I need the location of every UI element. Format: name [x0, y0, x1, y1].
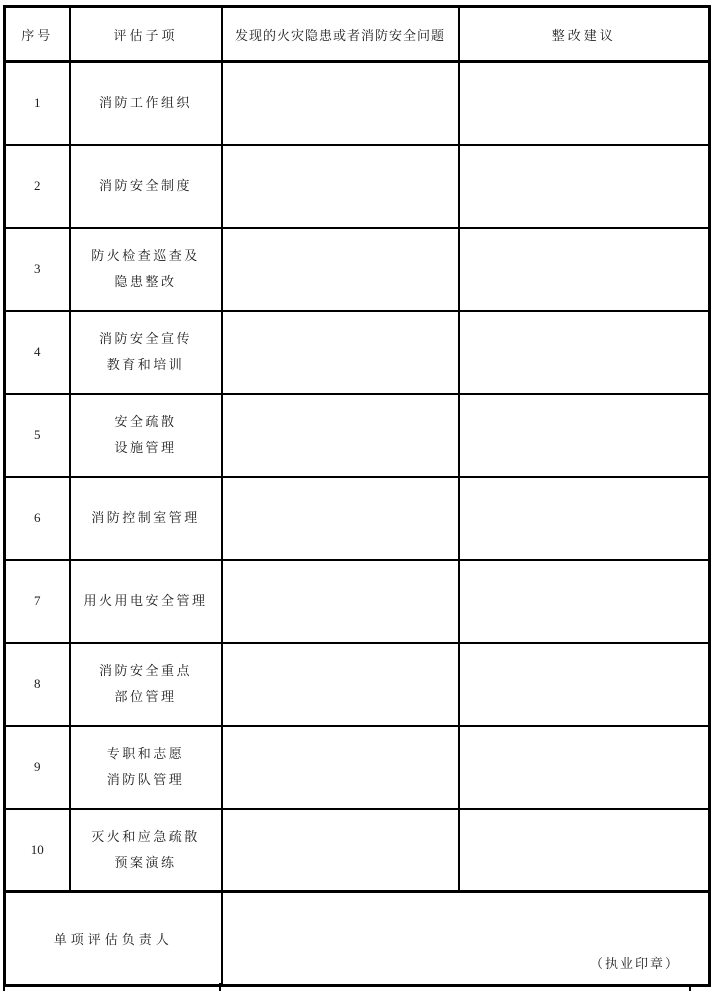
- suggestion-cell-empty: [459, 477, 710, 560]
- table-row: 1 消防工作组织: [5, 62, 710, 145]
- serial-number-cell: 6: [5, 477, 70, 560]
- sub-item-line: 预案演练: [71, 850, 221, 876]
- table-row: 4 消防安全宣传 教育和培训: [5, 311, 710, 394]
- table-row: 10 灭火和应急疏散 预案演练: [5, 809, 710, 892]
- stamp-cell-area: （执业印章）: [223, 893, 709, 984]
- header-evaluation-sub-item: 评估子项: [70, 7, 222, 62]
- suggestion-cell-empty: [459, 643, 710, 726]
- sub-item-cell: 用火用电安全管理: [70, 560, 222, 643]
- sub-item-line: 灭火和应急疏散: [71, 824, 221, 850]
- serial-number-cell: 10: [5, 809, 70, 892]
- sub-item-cell: 消防安全宣传 教育和培训: [70, 311, 222, 394]
- table-row: 5 安全疏散 设施管理: [5, 394, 710, 477]
- table-row: 7 用火用电安全管理: [5, 560, 710, 643]
- suggestion-cell-empty: [459, 560, 710, 643]
- sub-item-line: 用火用电安全管理: [71, 588, 221, 614]
- next-section-border-stub: [689, 984, 691, 991]
- serial-number-cell: 5: [5, 394, 70, 477]
- hazard-cell-empty: [222, 643, 459, 726]
- sub-item-cell: 消防安全制度: [70, 145, 222, 228]
- hazard-cell-empty: [222, 62, 459, 145]
- sub-item-cell: 防火检查巡查及 隐患整改: [70, 228, 222, 311]
- serial-number-cell: 7: [5, 560, 70, 643]
- sub-item-line: 防火检查巡查及: [71, 243, 221, 269]
- table-row: 8 消防安全重点 部位管理: [5, 643, 710, 726]
- next-section-border-stub: [219, 983, 221, 991]
- hazard-cell-empty: [222, 394, 459, 477]
- serial-number-cell: 8: [5, 643, 70, 726]
- hazard-cell-empty: [222, 560, 459, 643]
- sub-item-cell: 安全疏散 设施管理: [70, 394, 222, 477]
- document-page: 序号 评估子项 发现的火灾隐患或者消防安全问题 整改建议 1 消防工作组织 2 …: [0, 0, 712, 991]
- serial-number-cell: 4: [5, 311, 70, 394]
- sub-item-line: 消防控制室管理: [71, 505, 221, 531]
- suggestion-cell-empty: [459, 809, 710, 892]
- stamp-cell: （执业印章）: [222, 892, 710, 986]
- hazard-cell-empty: [222, 726, 459, 809]
- fire-safety-evaluation-table: 序号 评估子项 发现的火灾隐患或者消防安全问题 整改建议 1 消防工作组织 2 …: [3, 5, 711, 987]
- hazard-cell-empty: [222, 809, 459, 892]
- sub-item-line: 消防队管理: [71, 767, 221, 793]
- table-row: 9 专职和志愿 消防队管理: [5, 726, 710, 809]
- serial-number-cell: 9: [5, 726, 70, 809]
- sub-item-line: 教育和培训: [71, 352, 221, 378]
- serial-number-cell: 2: [5, 145, 70, 228]
- hazard-cell-empty: [222, 477, 459, 560]
- suggestion-cell-empty: [459, 145, 710, 228]
- sub-item-cell: 消防安全重点 部位管理: [70, 643, 222, 726]
- sub-item-line: 消防安全宣传: [71, 326, 221, 352]
- suggestion-cell-empty: [459, 311, 710, 394]
- hazard-cell-empty: [222, 228, 459, 311]
- sub-item-cell: 消防控制室管理: [70, 477, 222, 560]
- suggestion-cell-empty: [459, 394, 710, 477]
- serial-number-cell: 3: [5, 228, 70, 311]
- header-found-hazards-problems: 发现的火灾隐患或者消防安全问题: [222, 7, 459, 62]
- sub-item-cell: 消防工作组织: [70, 62, 222, 145]
- sub-item-line: 消防安全制度: [71, 173, 221, 199]
- sub-item-cell: 专职和志愿 消防队管理: [70, 726, 222, 809]
- header-rectification-suggestions: 整改建议: [459, 7, 710, 62]
- suggestion-cell-empty: [459, 62, 710, 145]
- sub-item-line: 设施管理: [71, 435, 221, 461]
- suggestion-cell-empty: [459, 228, 710, 311]
- single-item-evaluation-responsible-label: 单项评估负责人: [5, 892, 222, 986]
- suggestion-cell-empty: [459, 726, 710, 809]
- hazard-cell-empty: [222, 311, 459, 394]
- table-header-row: 序号 评估子项 发现的火灾隐患或者消防安全问题 整改建议: [5, 7, 710, 62]
- sub-item-line: 消防工作组织: [71, 90, 221, 116]
- table-row: 3 防火检查巡查及 隐患整改: [5, 228, 710, 311]
- hazard-cell-empty: [222, 145, 459, 228]
- sub-item-line: 隐患整改: [71, 269, 221, 295]
- sub-item-line: 部位管理: [71, 684, 221, 710]
- practice-seal-note: （执业印章）: [590, 953, 680, 972]
- sub-item-cell: 灭火和应急疏散 预案演练: [70, 809, 222, 892]
- table-row: 6 消防控制室管理: [5, 477, 710, 560]
- sub-item-line: 专职和志愿: [71, 741, 221, 767]
- header-serial-number: 序号: [5, 7, 70, 62]
- next-section-border-stub: [3, 983, 5, 991]
- serial-number-cell: 1: [5, 62, 70, 145]
- table-footer-row: 单项评估负责人 （执业印章）: [5, 892, 710, 986]
- table-row: 2 消防安全制度: [5, 145, 710, 228]
- sub-item-line: 消防安全重点: [71, 658, 221, 684]
- sub-item-line: 安全疏散: [71, 409, 221, 435]
